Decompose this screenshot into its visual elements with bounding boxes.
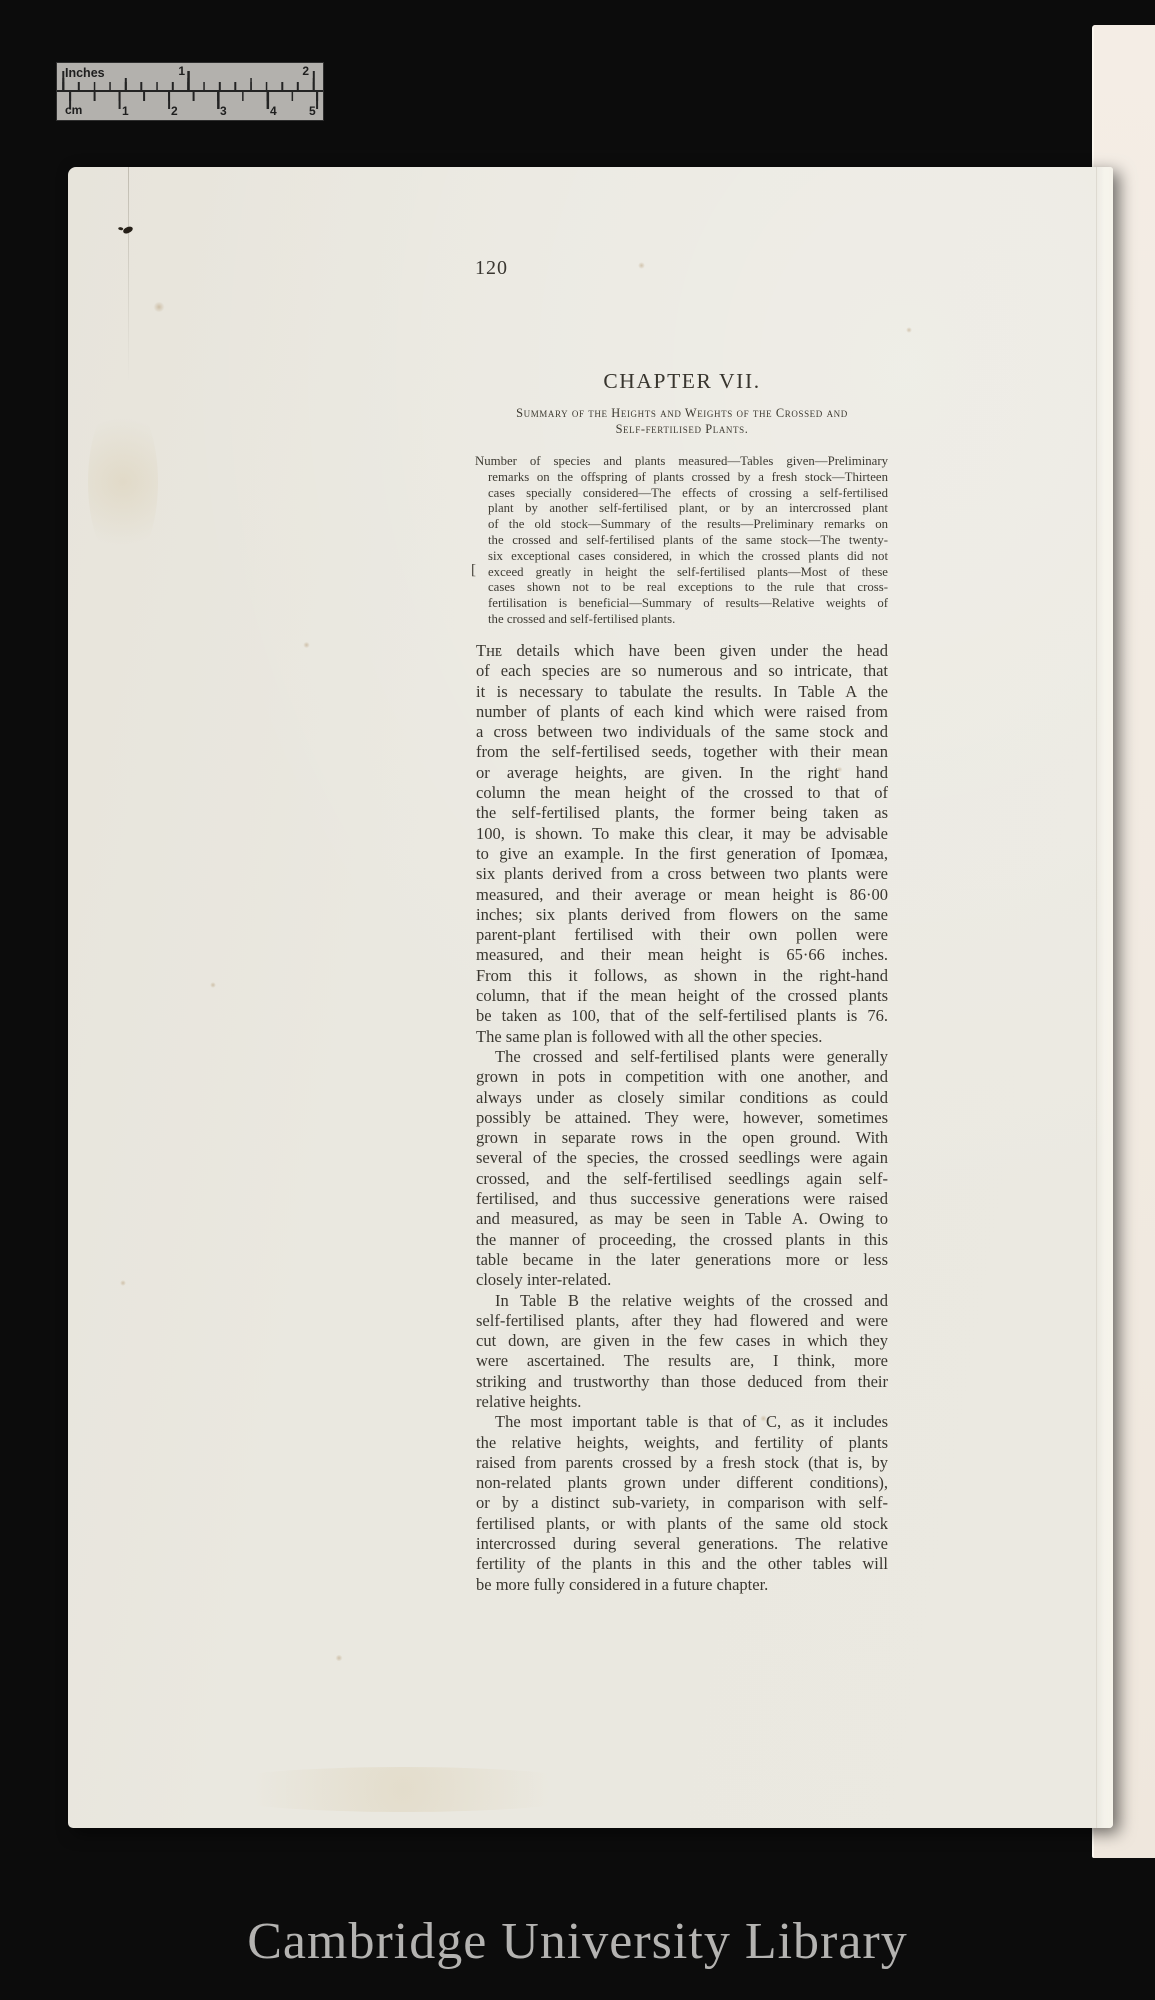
foxing-spot [335,1655,343,1661]
text-line: several of the species, the crossed seed… [476,1148,888,1168]
ruler-cm-1: 1 [122,104,129,118]
text-line: parent-plant fertilised with their own p… [476,925,888,945]
ruler-cm-label: cm [65,103,82,117]
chapter-heading: CHAPTER VII. [476,369,888,394]
text-line: plant by another self-fertilised plant, … [475,501,888,517]
text-line: or by a distinct sub-variety, in compari… [476,1493,888,1513]
text-line: closely inter-related. [476,1270,888,1290]
text-line: six plants derived from a cross between … [476,864,888,884]
page-number: 120 [475,257,508,280]
foxing-spot [906,327,912,333]
body-text: Tʜᴇ details which have been given under … [476,641,888,1595]
ruler-cm-5: 5 [309,104,316,118]
text-line: Tʜᴇ details which have been given under … [476,641,888,661]
text-line: a cross between two individuals of the s… [476,722,888,742]
crease-line [128,167,129,382]
inch-major-ticks [57,71,323,90]
text-line: The most important table is that of C, a… [476,1412,888,1432]
text-line: measured, and their average or mean heig… [476,885,888,905]
ruler-cm-2: 2 [171,104,178,118]
foxing-spot [210,982,216,988]
subtitle-line: Self-fertilised Plants. [476,422,888,438]
paragraph: The most important table is that of C, a… [476,1412,888,1595]
text-line: column the mean height of the crossed to… [476,783,888,803]
margin-bracket: [ [471,562,476,579]
paragraph: The crossed and self-fertilised plants w… [476,1047,888,1291]
text-line: fertility of the plants in this and the … [476,1554,888,1574]
text-line: grown in pots in competition with one an… [476,1067,888,1087]
text-line: striking and trustworthy than those dedu… [476,1372,888,1392]
text-line: and measured, as may be seen in Table A.… [476,1209,888,1229]
stain [188,1767,618,1812]
text-line: cases shown not to be real exceptions to… [475,580,888,596]
text-line: be taken as 100, that of the self-fertil… [476,1006,888,1026]
page-edge-highlight [1096,167,1113,1828]
text-line: the manner of proceeding, the crossed pl… [476,1230,888,1250]
foxing-spot [153,302,165,312]
foxing-spot [120,1280,126,1286]
cm-major-ticks [57,92,323,109]
paragraph: In Table B the relative weights of the c… [476,1291,888,1413]
scan-viewer: Inches 1 2 cm 1 2 3 4 5 120 CHA [0,0,1155,2000]
text-line: the self-fertilised plants, the former b… [476,803,888,823]
chapter-argument: Number of species and plants measured—Ta… [475,454,888,628]
text-line: remarks on the offspring of plants cross… [475,470,888,486]
text-line: of the old stock—Summary of the results—… [475,517,888,533]
text-line: relative heights. [476,1392,888,1412]
measurement-ruler: Inches 1 2 cm 1 2 3 4 5 [57,63,323,120]
text-line: In Table B the relative weights of the c… [476,1291,888,1311]
text-line: six exceptional cases considered, in whi… [475,549,888,565]
text-line: fertilised plants, or with plants of the… [476,1514,888,1534]
chapter-subtitle: Summary of the Heights and Weights of th… [476,406,888,437]
text-line: were ascertained. The results are, I thi… [476,1351,888,1371]
text-line: to give an example. In the first generat… [476,844,888,864]
text-line: or average heights, are given. In the ri… [476,763,888,783]
text-line: possibly be attained. They were, however… [476,1108,888,1128]
text-line: inches; six plants derived from flowers … [476,905,888,925]
library-footer: Cambridge University Library [0,1912,1155,1971]
text-line: the relative heights, weights, and ferti… [476,1433,888,1453]
text-line: non-related plants grown under different… [476,1473,888,1493]
text-line: fertilisation is beneficial—Summary of r… [475,596,888,612]
text-line: grown in separate rows in the open groun… [476,1128,888,1148]
text-line: The same plan is followed with all the o… [476,1027,888,1047]
foxing-spot [303,642,310,648]
text-line: from the self-fertilised seeds, together… [476,742,888,762]
subtitle-line: Summary of the Heights and Weights of th… [476,406,888,422]
text-line: crossed, and the self-fertilised seedlin… [476,1169,888,1189]
ruler-cm-4: 4 [270,104,277,118]
text-line: cut down, are given in the few cases in … [476,1331,888,1351]
text-line: measured, and their mean height is 65·66… [476,945,888,965]
stain [88,397,158,567]
text-line: The crossed and self-fertilised plants w… [476,1047,888,1067]
text-line: self-fertilised plants, after they had f… [476,1311,888,1331]
book-page: 120 CHAPTER VII. Summary of the Heights … [68,167,1113,1828]
text-line: fertilised, and thus successive generati… [476,1189,888,1209]
text-line: column, that if the mean height of the c… [476,986,888,1006]
text-line: it is necessary to tabulate the results.… [476,682,888,702]
text-line: Number of species and plants measured—Ta… [475,454,888,470]
text-line: table became in the later generations mo… [476,1250,888,1270]
text-line: number of plants of each kind which were… [476,702,888,722]
text-line: 100, is shown. To make this clear, it ma… [476,824,888,844]
text-line: of each species are so numerous and so i… [476,661,888,681]
text-line: cases specially considered—The effects o… [475,486,888,502]
text-line: the crossed and self-fertilised plants. [475,612,888,628]
foxing-spot [638,262,645,269]
text-line: be more fully considered in a future cha… [476,1575,888,1595]
text-line: intercrossed during several generations.… [476,1534,888,1554]
text-line: the crossed and self-fertilised plants o… [475,533,888,549]
text-line: From this it follows, as shown in the ri… [476,966,888,986]
ink-mark [122,226,133,235]
text-line: raised from parents crossed by a fresh s… [476,1453,888,1473]
ruler-cm-3: 3 [220,104,227,118]
text-line: exceed greatly in height the self-fertil… [475,565,888,581]
text-line: always under as closely similar conditio… [476,1088,888,1108]
paragraph: Tʜᴇ details which have been given under … [476,641,888,1047]
